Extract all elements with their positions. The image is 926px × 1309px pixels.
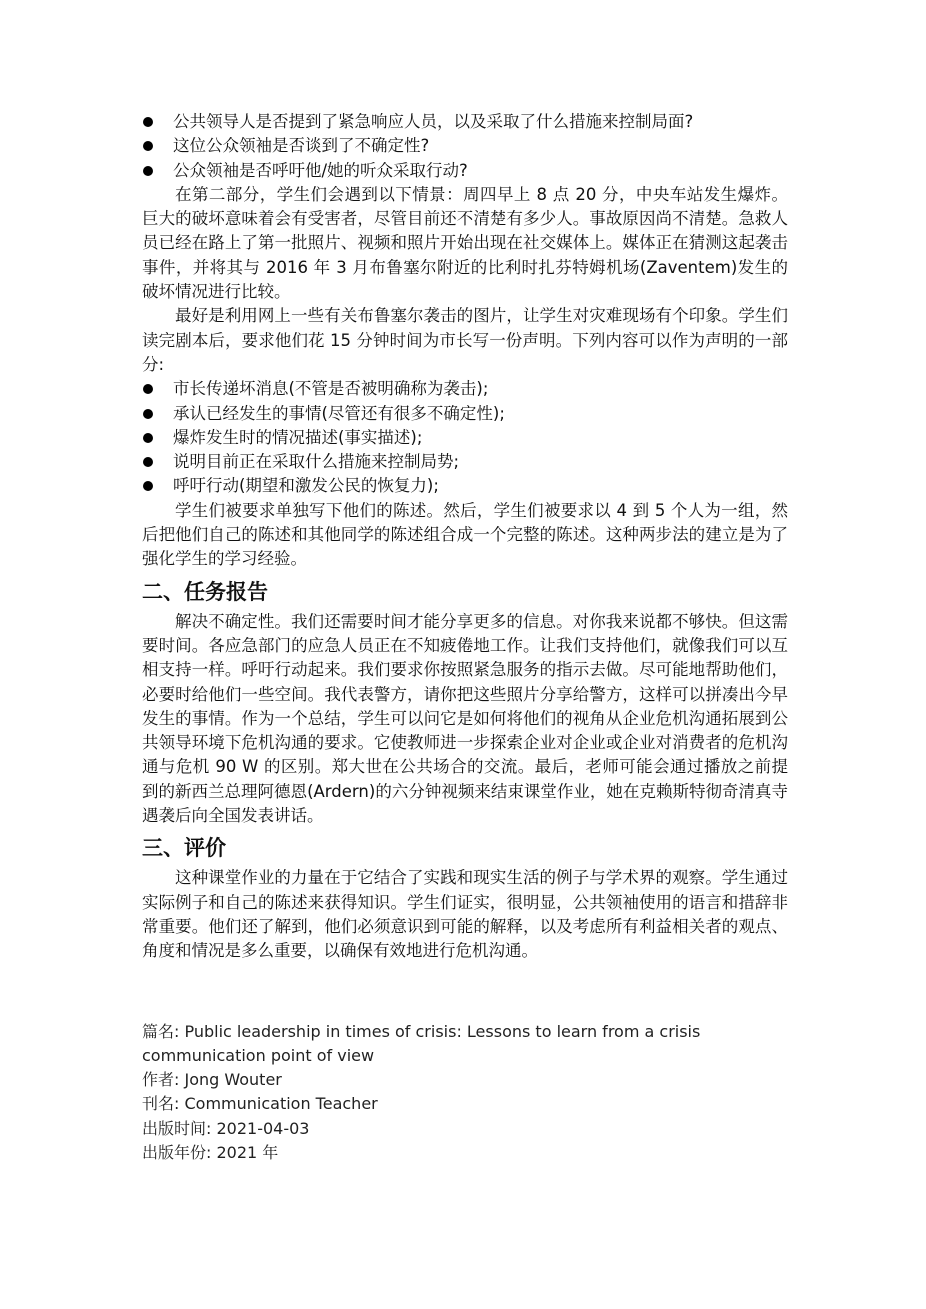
- paragraph-evaluation: 这种课堂作业的力量在于它结合了实践和现实生活的例子与学术界的观察。学生通过实际例…: [142, 866, 788, 963]
- bullet-icon: [143, 384, 153, 394]
- paragraph-task-report: 解决不确定性。我们还需要时间才能分享更多的信息。对你我来说都不够快。但这需要时间…: [142, 610, 788, 829]
- statement-list: 市长传递坏消息(不管是否被明确称为袭击); 承认已经发生的事情(尽管还有很多不确…: [142, 377, 788, 498]
- bullet-icon: [143, 409, 153, 419]
- section-heading-evaluation: 三、评价: [142, 834, 788, 862]
- paragraph-scenario: 在第二部分，学生们会遇到以下情景：周四早上 8 点 20 分，中央车站发生爆炸。…: [142, 183, 788, 304]
- list-item: 承认已经发生的事情(尽管还有很多不确定性);: [142, 402, 788, 426]
- list-item: 呼吁行动(期望和激发公民的恢复力);: [142, 474, 788, 498]
- list-item-text: 爆炸发生时的情况描述(事实描述);: [173, 428, 422, 447]
- list-item-text: 承认已经发生的事情(尽管还有很多不确定性);: [173, 404, 505, 423]
- meta-pub-year: 出版年份: 2021 年: [142, 1141, 788, 1165]
- list-item: 市长传递坏消息(不管是否被明确称为袭击);: [142, 377, 788, 401]
- list-item: 公共领导人是否提到了紧急响应人员，以及采取了什么措施来控制局面?: [142, 110, 788, 134]
- meta-pub-date: 出版时间: 2021-04-03: [142, 1117, 788, 1141]
- meta-journal: 刊名: Communication Teacher: [142, 1092, 788, 1116]
- list-item: 这位公众领袖是否谈到了不确定性?: [142, 134, 788, 158]
- bullet-icon: [143, 457, 153, 467]
- list-item-text: 这位公众领袖是否谈到了不确定性?: [173, 136, 429, 155]
- bullet-icon: [143, 141, 153, 151]
- article-metadata: 篇名: Public leadership in times of crisis…: [142, 1020, 788, 1166]
- paragraph-group-work: 学生们被要求单独写下他们的陈述。然后，学生们被要求以 4 到 5 个人为一组，然…: [142, 499, 788, 572]
- meta-title: 篇名: Public leadership in times of crisis…: [142, 1020, 788, 1069]
- paragraph-images: 最好是利用网上一些有关布鲁塞尔袭击的图片，让学生对灾难现场有个印象。学生们读完剧…: [142, 304, 788, 377]
- list-item-text: 说明目前正在采取什么措施来控制局势;: [173, 452, 459, 471]
- document-page: 公共领导人是否提到了紧急响应人员，以及采取了什么措施来控制局面? 这位公众领袖是…: [142, 110, 788, 1165]
- spacer: [142, 964, 788, 1020]
- list-item: 公众领袖是否呼吁他/她的听众采取行动?: [142, 159, 788, 183]
- list-item-text: 公众领袖是否呼吁他/她的听众采取行动?: [173, 161, 468, 180]
- bullet-icon: [143, 166, 153, 176]
- bullet-icon: [143, 481, 153, 491]
- bullet-icon: [143, 433, 153, 443]
- section-heading-task-report: 二、任务报告: [142, 578, 788, 606]
- meta-author: 作者: Jong Wouter: [142, 1068, 788, 1092]
- bullet-icon: [143, 117, 153, 127]
- list-item-text: 市长传递坏消息(不管是否被明确称为袭击);: [173, 379, 488, 398]
- list-item-text: 呼吁行动(期望和激发公民的恢复力);: [173, 476, 439, 495]
- list-item: 爆炸发生时的情况描述(事实描述);: [142, 426, 788, 450]
- list-item: 说明目前正在采取什么措施来控制局势;: [142, 450, 788, 474]
- list-item-text: 公共领导人是否提到了紧急响应人员，以及采取了什么措施来控制局面?: [173, 112, 693, 131]
- question-list: 公共领导人是否提到了紧急响应人员，以及采取了什么措施来控制局面? 这位公众领袖是…: [142, 110, 788, 183]
